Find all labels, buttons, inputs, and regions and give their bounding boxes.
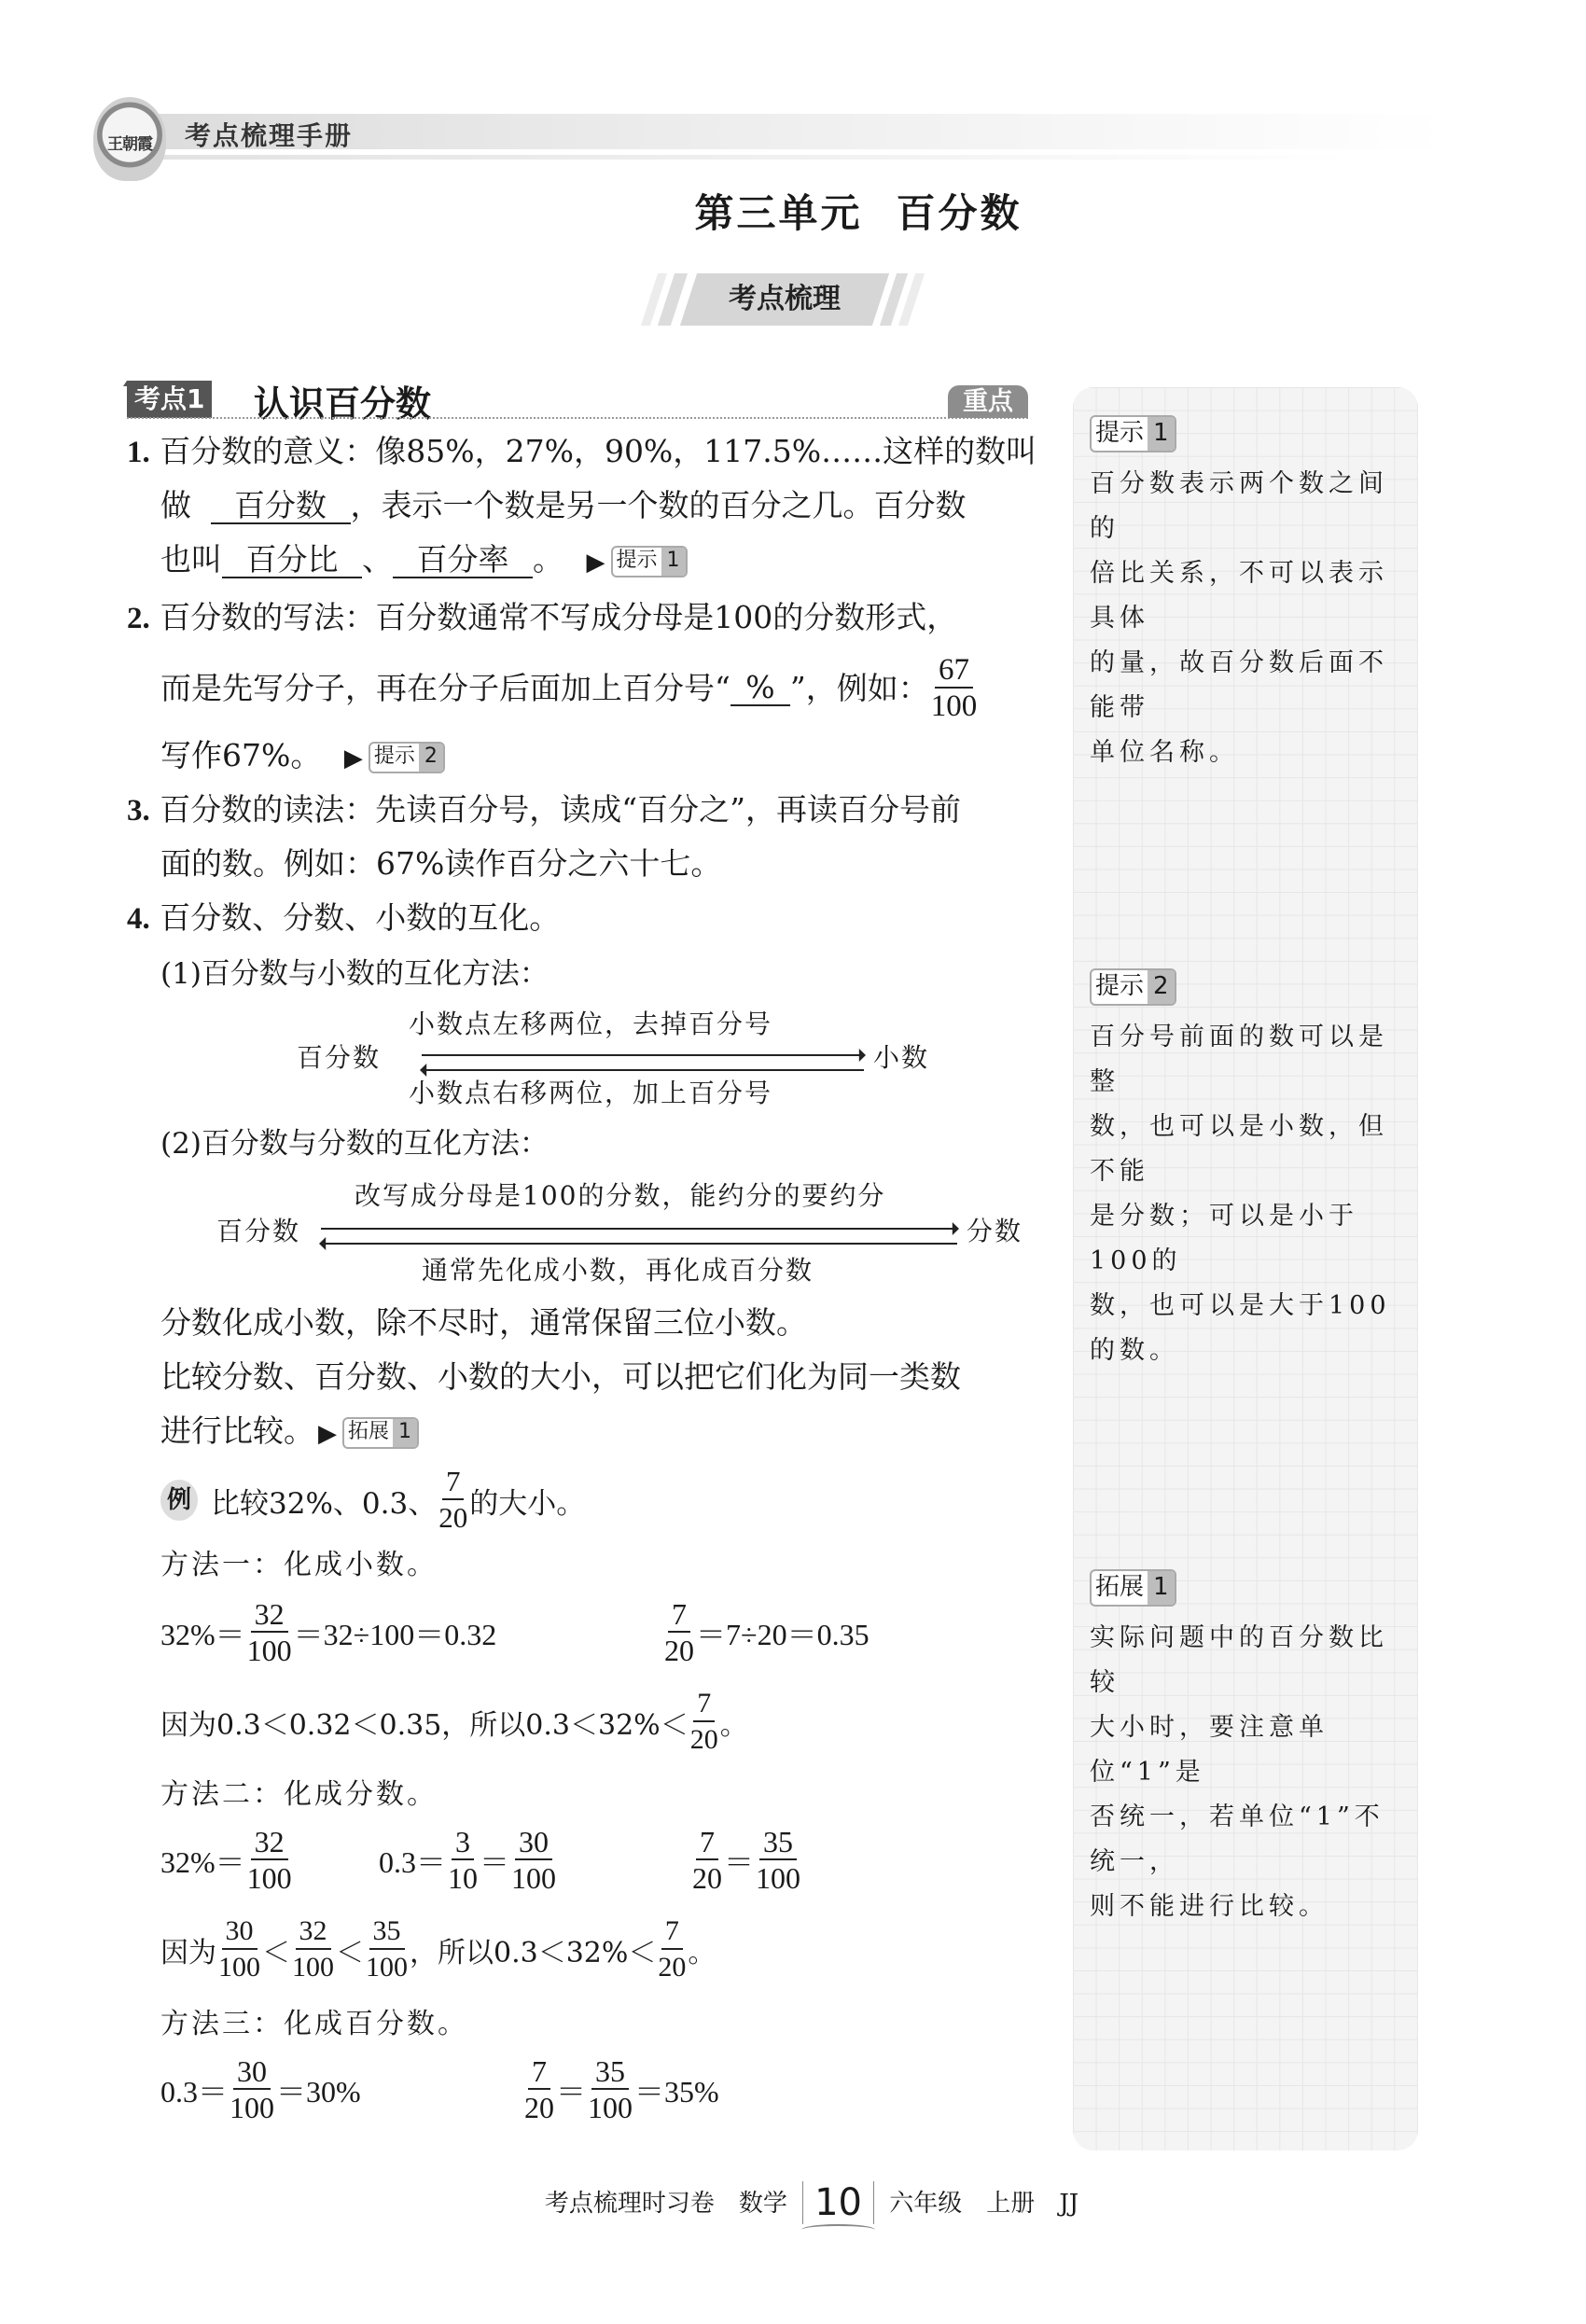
footer-subject: 数学 [739, 2190, 787, 2218]
denominator: 20 [438, 1500, 467, 1536]
dotted-rule [127, 417, 1028, 419]
denominator: 100 [511, 1860, 556, 1896]
tag-number: 2 [419, 744, 443, 772]
text: 写作67%。 [160, 737, 321, 773]
method2-eq-c: 720 ＝ 35100 [690, 1825, 802, 1896]
text: 进行比较。 [160, 1412, 314, 1449]
method1-eq-b: 720 ＝7÷20＝0.35 [662, 1597, 870, 1668]
denominator: 100 [292, 1950, 334, 1985]
example-badge: 例 [160, 1480, 198, 1521]
fraction: 30100 [230, 2054, 274, 2125]
item4-para2: 比较分数、百分数、小数的大小，可以把它们化为同一类数 [160, 1358, 961, 1396]
note-hint-1: 提示1 百分数表示两个数之间的 倍比关系，不可以表示具体 的量，故百分数后面不能… [1090, 415, 1407, 775]
item4-sub1: (1)百分数与小数的互化方法： [160, 955, 549, 993]
tag-number: 2 [1148, 970, 1175, 1004]
logo-text: 王朝霞 [107, 131, 152, 154]
text: 。 [720, 1702, 748, 1743]
fraction: 720 [524, 2054, 554, 2125]
text: ＝35% [634, 2068, 719, 2111]
item2-line1: 2. 百分数的写法：百分数通常不写成分母是100的分数形式， [127, 599, 957, 637]
arrow-right-icon [321, 1228, 957, 1230]
item4-sub2: (2)百分数与分数的互化方法： [160, 1125, 549, 1162]
denominator: 100 [931, 689, 978, 724]
text: 因为0.3＜0.32＜0.35，所以0.3＜32%＜ [160, 1702, 689, 1743]
text: 32%＝ [160, 1839, 245, 1882]
numerator: 30 [222, 1914, 257, 1950]
kaodian-tag: 考点1 [127, 381, 212, 418]
numerator: 30 [515, 1825, 552, 1860]
fraction: 35100 [366, 1914, 408, 1985]
note-tag: 提示2 [1090, 968, 1176, 1006]
numerator: 3 [452, 1825, 474, 1860]
fraction: 720 [438, 1465, 467, 1536]
numerator: 32 [296, 1914, 331, 1950]
footer-volume: 上册 [986, 2190, 1035, 2218]
note-tag: 提示1 [1090, 415, 1176, 452]
numerator: 7 [668, 1597, 690, 1633]
fraction: 720 [690, 1687, 718, 1758]
header-rule [140, 155, 1353, 160]
method3-title: 方法三：化成百分数。 [160, 2000, 468, 2041]
numerator: 35 [591, 2054, 629, 2090]
example-question: 例 比较32%、0.3、 720 的大小。 [160, 1465, 585, 1536]
denominator: 100 [247, 1860, 292, 1896]
unit-number: 第三单元 [694, 190, 862, 236]
numerator: 7 [696, 1825, 718, 1860]
method3-eq-a: 0.3＝ 30100 ＝30% [160, 2054, 361, 2125]
footer-edition: JJ [1059, 2190, 1078, 2218]
text: ＝32÷100＝0.32 [294, 1611, 497, 1654]
numerator: 7 [693, 1687, 715, 1722]
item-number: 2. [127, 602, 150, 635]
fraction: 35100 [588, 2054, 633, 2125]
text: 比较32%、0.3、 [211, 1480, 437, 1522]
fill-blank-answer: % [730, 671, 790, 706]
denominator: 100 [756, 1860, 800, 1896]
item1-line3: 也叫百分比、百分率。 ▶提示1 [160, 541, 688, 581]
text: ＝30% [276, 2068, 361, 2111]
pointer-triangle-icon: ▶ [587, 549, 605, 577]
numerator: 7 [442, 1465, 465, 1500]
publisher-logo: 王朝霞 [93, 97, 166, 181]
book-title: 考点梳理手册 [185, 116, 353, 153]
text: 因为 [160, 1929, 216, 1970]
denominator: 20 [658, 1950, 686, 1985]
numerator: 35 [759, 1825, 797, 1860]
diagram2-top-label: 改写成分母是100的分数，能约分的要约分 [355, 1176, 885, 1213]
key-point-badge: 重点 [948, 385, 1028, 418]
text: 的大小。 [469, 1480, 585, 1522]
method2-conclusion: 因为 30100 ＜ 32100 ＜ 35100 ，所以0.3＜32%＜ 720… [160, 1914, 716, 1985]
method3-eq-b: 720 ＝ 35100 ＝35% [522, 2054, 719, 2125]
pointer-triangle-icon: ▶ [344, 745, 363, 772]
note-text: 实际问题中的百分数比较 大小时，要注意单位“1”是 否统一，若单位“1”不统一，… [1090, 1616, 1407, 1929]
note-tag: 拓展1 [1090, 1569, 1176, 1607]
text: ”，例如： [790, 670, 929, 707]
item4-para1: 分数化成小数，除不尽时，通常保留三位小数。 [160, 1304, 807, 1342]
denominator: 20 [664, 1633, 694, 1668]
tag-label: 拓展 [344, 1419, 393, 1447]
tag-label: 提示 [1092, 970, 1148, 1004]
hint-ref-2[interactable]: 提示2 [369, 742, 445, 773]
tag-label: 提示 [613, 548, 661, 576]
denominator: 100 [588, 2090, 633, 2125]
arrow-left-icon [321, 1243, 957, 1245]
item2-line3: 写作67%。 ▶提示2 [160, 737, 445, 777]
item2-line2: 而是先写分子，再在分子后面加上百分号“%”，例如： 67100 [160, 653, 979, 724]
tag-number: 1 [1148, 1571, 1175, 1605]
denominator: 100 [247, 1633, 292, 1668]
item-number: 4. [127, 902, 150, 936]
item4-para3: 进行比较。▶拓展1 [160, 1412, 419, 1453]
method1-eq-a: 32%＝ 32100 ＝32÷100＝0.32 [160, 1597, 496, 1668]
fill-blank-answer: 百分数 [211, 489, 351, 524]
text: 32%＝ [160, 1611, 245, 1654]
denominator: 100 [230, 2090, 274, 2125]
numerator: 32 [251, 1597, 288, 1633]
page-number: 10 [802, 2181, 874, 2224]
fill-blank-answer: 百分比 [222, 543, 362, 578]
text: 0.3＝ [379, 1839, 446, 1882]
diagram2-bottom-label: 通常先化成小数，再化成百分数 [422, 1250, 814, 1287]
text: 。 [533, 541, 563, 578]
denominator: 100 [218, 1950, 260, 1985]
numerator: 7 [528, 2054, 550, 2090]
text: ＜ [336, 1929, 364, 1970]
text: 、 [362, 541, 393, 578]
method1-title: 方法一：化成小数。 [160, 1541, 438, 1582]
footer-series: 考点梳理时习卷 [545, 2190, 715, 2218]
fraction: 30100 [218, 1914, 260, 1985]
diagram1-left-node: 百分数 [297, 1037, 381, 1075]
item3-text: 百分数的读法：先读百分号，读成“百分之”，再读百分号前 [160, 791, 961, 828]
method2-eq-a: 32%＝ 32100 [160, 1825, 294, 1896]
text: 而是先写分子，再在分子后面加上百分号“ [160, 670, 730, 707]
denominator: 20 [692, 1860, 722, 1896]
text: ＝ [724, 1839, 754, 1882]
fraction: 32100 [247, 1825, 292, 1896]
method2-title: 方法二：化成分数。 [160, 1771, 438, 1812]
text: 也叫 [160, 541, 222, 578]
method1-conclusion: 因为0.3＜0.32＜0.35，所以0.3＜32%＜ 720 。 [160, 1687, 748, 1758]
tag-number: 1 [393, 1419, 417, 1447]
denominator: 20 [690, 1722, 718, 1758]
method2-eq-b: 0.3＝ 310 ＝ 30100 [379, 1825, 558, 1896]
section-banner: 考点梳理 [644, 273, 933, 326]
footer-grade: 六年级 [889, 2190, 962, 2218]
denominator: 20 [524, 2090, 554, 2125]
fraction: 67100 [931, 653, 978, 724]
item1-text: 百分数的意义：像85%，27%，90%，117.5%……这样的数叫 [160, 433, 1036, 469]
text: 0.3＝ [160, 2068, 228, 2111]
item-number: 1. [127, 436, 150, 469]
numerator: 30 [233, 2054, 271, 2090]
diagram1-top-label: 小数点左移两位，去掉百分号 [409, 1004, 772, 1041]
item-number: 3. [127, 794, 150, 828]
tag-label: 提示 [370, 744, 419, 772]
note-text: 百分数表示两个数之间的 倍比关系，不可以表示具体 的量，故百分数后面不能带 单位… [1090, 462, 1407, 775]
fraction: 30100 [511, 1825, 556, 1896]
diagram1-bottom-label: 小数点右移两位，加上百分号 [409, 1073, 772, 1110]
unit-title: 第三单元百分数 [0, 183, 1586, 239]
item4-line1: 4. 百分数、分数、小数的互化。 [127, 899, 560, 938]
note-text: 百分号前面的数可以是整 数，也可以是小数，但不能 是分数；可以是小于100的 数… [1090, 1015, 1407, 1373]
numerator: 32 [251, 1825, 288, 1860]
item2-text: 百分数的写法：百分数通常不写成分母是100的分数形式， [160, 599, 957, 635]
extension-ref-1[interactable]: 拓展1 [342, 1417, 419, 1449]
unit-name: 百分数 [897, 190, 1023, 236]
text: 。 [688, 1929, 716, 1970]
arrow-left-icon [422, 1069, 864, 1071]
text: 做 [160, 487, 191, 523]
arrow-right-icon [422, 1054, 864, 1056]
item3-line2: 面的数。例如：67%读作百分之六十七。 [160, 845, 721, 883]
item4-text: 百分数、分数、小数的互化。 [160, 899, 560, 936]
fraction: 720 [664, 1597, 694, 1668]
item1-line1: 1. 百分数的意义：像85%，27%，90%，117.5%……这样的数叫 [127, 433, 1036, 471]
fill-blank-answer: 百分率 [393, 543, 533, 578]
fraction: 32100 [247, 1597, 292, 1668]
note-hint-2: 提示2 百分号前面的数可以是整 数，也可以是小数，但不能 是分数；可以是小于10… [1090, 968, 1407, 1373]
tag-number: 1 [661, 548, 686, 576]
item3-line1: 3. 百分数的读法：先读百分号，读成“百分之”，再读百分号前 [127, 791, 961, 829]
denominator: 100 [366, 1950, 408, 1985]
text: ，表示一个数是另一个数的百分之几。百分数 [351, 487, 967, 523]
tag-number: 1 [1148, 417, 1175, 451]
fraction: 720 [692, 1825, 722, 1896]
hint-ref-1[interactable]: 提示1 [611, 546, 688, 578]
text: ＜ [262, 1929, 290, 1970]
numerator: 7 [661, 1914, 683, 1950]
fraction: 35100 [756, 1825, 800, 1896]
text: ＝ [556, 2068, 586, 2111]
note-extension-1: 拓展1 实际问题中的百分数比较 大小时，要注意单位“1”是 否统一，若单位“1”… [1090, 1569, 1407, 1929]
denominator: 10 [448, 1860, 478, 1896]
fraction: 720 [658, 1914, 686, 1985]
text: ＝ [480, 1839, 509, 1882]
numerator: 67 [935, 653, 973, 689]
tag-label: 拓展 [1092, 1571, 1148, 1605]
numerator: 35 [369, 1914, 405, 1950]
diagram2-right-node: 分数 [967, 1211, 1023, 1248]
text: ＝7÷20＝0.35 [696, 1611, 870, 1654]
tag-label: 提示 [1092, 417, 1148, 451]
item1-line2: 做 百分数，表示一个数是另一个数的百分之几。百分数 [160, 487, 967, 524]
text: ，所以0.3＜32%＜ [410, 1929, 656, 1970]
pointer-triangle-icon: ▶ [318, 1420, 337, 1448]
diagram2-left-node: 百分数 [216, 1211, 300, 1248]
diagram1-right-node: 小数 [873, 1037, 929, 1075]
fraction: 310 [448, 1825, 478, 1896]
page-footer: 考点梳理时习卷数学 10 六年级上册JJ [0, 2181, 1586, 2224]
fraction: 32100 [292, 1914, 334, 1985]
banner-text: 考点梳理 [689, 273, 881, 326]
